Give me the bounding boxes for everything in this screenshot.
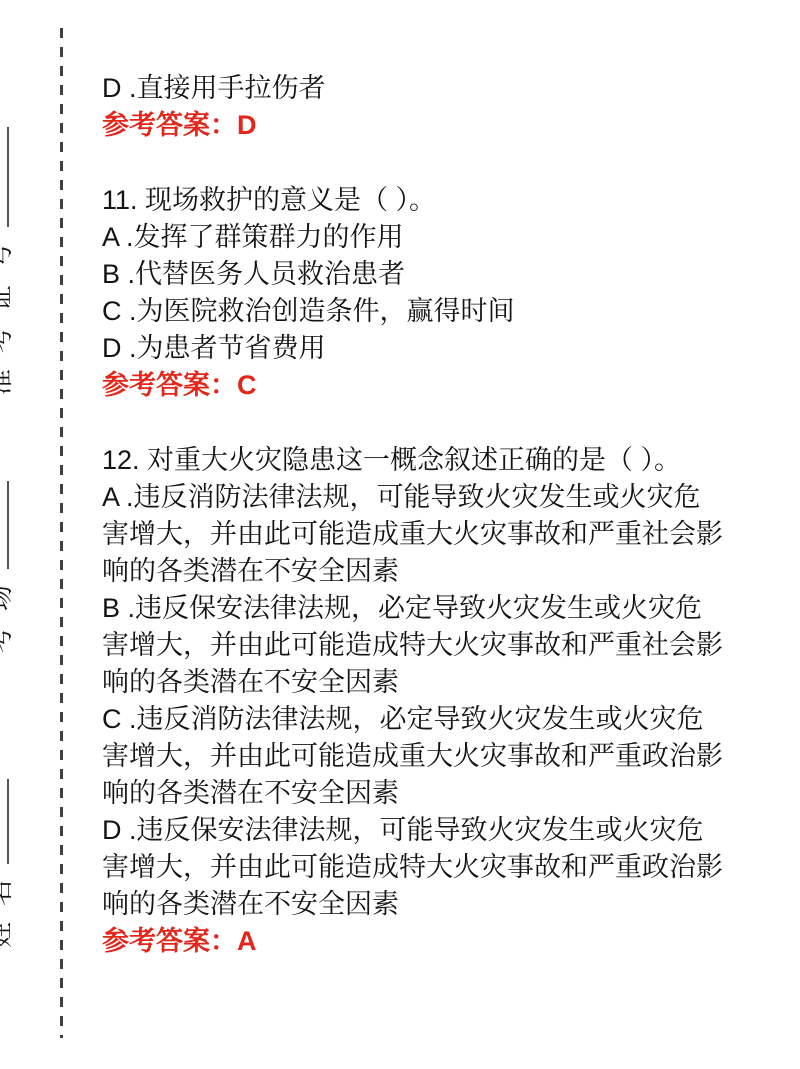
question-stem: 11. 现场救护的意义是（ ）。	[102, 182, 726, 219]
margin-field-name: 姓名	[0, 779, 16, 948]
option-line: A .发挥了群策群力的作用	[102, 219, 726, 256]
admission-number-blank-line	[0, 127, 9, 227]
answer-value: A	[237, 926, 257, 956]
name-label: 姓名	[0, 864, 15, 948]
answer-line: 参考答案：A	[102, 923, 726, 960]
option-line: C .为医院救治创造条件，赢得时间	[102, 293, 726, 330]
margin-field-exam-room: 考场	[0, 481, 16, 653]
option-line: B .代替医务人员救治患者	[102, 256, 726, 293]
answer-line: 参考答案：C	[102, 367, 726, 404]
answer-line: 参考答案：D	[102, 107, 726, 144]
option-line: C .违反消防法律法规，必定导致火灾发生或火灾危害增大，并由此可能造成重大火灾事…	[102, 701, 726, 812]
answer-value: D	[237, 110, 257, 140]
question-block-partial: D .直接用手拉伤者 参考答案：D	[102, 70, 726, 144]
option-line: D .为患者节省费用	[102, 330, 726, 367]
answer-label: 参考答案：	[102, 370, 237, 400]
answer-label: 参考答案：	[102, 926, 237, 956]
admission-number-label: 准考证号	[0, 227, 15, 395]
exam-paper-page: { "colors": { "answer_red": "#e3251a", "…	[0, 0, 800, 1069]
exam-room-blank-line	[0, 481, 9, 569]
name-blank-line	[0, 779, 9, 864]
answer-label: 参考答案：	[102, 110, 237, 140]
exam-room-label: 考场	[0, 569, 15, 653]
questions-area: D .直接用手拉伤者 参考答案：D 11. 现场救护的意义是（ ）。 A .发挥…	[102, 70, 726, 998]
question-stem: 12. 对重大火灾隐患这一概念叙述正确的是（ ）。	[102, 442, 726, 479]
answer-value: C	[237, 370, 257, 400]
option-line: D .违反保安法律法规，可能导致火灾发生或火灾危害增大，并由此可能造成特大火灾事…	[102, 812, 726, 923]
option-line: D .直接用手拉伤者	[102, 70, 726, 107]
question-block-11: 11. 现场救护的意义是（ ）。 A .发挥了群策群力的作用 B .代替医务人员…	[102, 182, 726, 404]
question-block-12: 12. 对重大火灾隐患这一概念叙述正确的是（ ）。 A .违反消防法律法规，可能…	[102, 442, 726, 960]
option-line: B .违反保安法律法规，必定导致火灾发生或火灾危害增大，并由此可能造成特大火灾事…	[102, 590, 726, 701]
margin-field-admission-number: 准考证号	[0, 127, 16, 395]
seal-dashed-line	[60, 28, 63, 1038]
option-line: A .违反消防法律法规，可能导致火灾发生或火灾危害增大，并由此可能造成重大火灾事…	[102, 479, 726, 590]
